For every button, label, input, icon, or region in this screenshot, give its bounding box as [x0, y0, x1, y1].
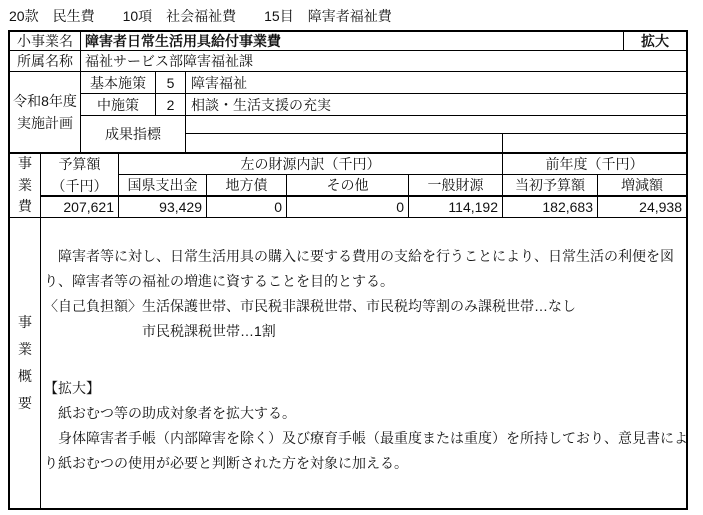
value-local-bonds: 0: [207, 197, 286, 216]
expansion-badge: 拡大: [624, 32, 686, 50]
plan-year-title: 令和8年度 実施計画: [10, 72, 80, 152]
value-budget-amount: 207,621: [41, 197, 118, 216]
column-header-initial-budget: 当初予算額: [503, 175, 597, 195]
value-change: 24,938: [598, 197, 686, 216]
column-header-change: 増減額: [598, 175, 686, 195]
overview-expansion-paragraph: 【拡大】 紙おむつ等の助成対象者を拡大する。 身体障害者手帳（内部障害を除く）及…: [44, 376, 688, 476]
value-other: 0: [287, 197, 408, 216]
basic-policy-name: 障害福祉: [191, 72, 681, 93]
previous-year-header: 前年度（千円）: [503, 154, 686, 174]
small-project-name: 障害者日常生活用具給付事業費: [85, 32, 620, 50]
outcome-indicator-row-2: [186, 134, 502, 152]
overview-text: 障害者等に対し、日常生活用具の購入に要する費用の支給を行うことにより、日常生活の…: [44, 219, 688, 501]
middle-policy-name: 相談・生活支援の充実: [191, 94, 681, 115]
small-project-label: 小事業名: [10, 32, 80, 50]
value-general-funds: 114,192: [409, 197, 502, 216]
value-national-prefectural: 93,429: [119, 197, 206, 216]
table-divider: [10, 217, 686, 218]
department-name: 福祉サービス部障害福祉課: [85, 51, 680, 71]
column-header-general-funds: 一般財源: [409, 175, 502, 195]
outcome-indicator-label: 成果指標: [81, 116, 185, 152]
middle-policy-number: 2: [156, 94, 185, 115]
budget-amount-header: 予算額 （千円）: [41, 154, 118, 195]
basic-policy-number: 5: [156, 72, 185, 93]
budget-document-page: 20款 民生費 10項 社会福祉費 15目 障害者福祉費 小事業名 障害者日常生…: [0, 0, 703, 515]
budget-classification-line: 20款 民生費 10項 社会福祉費 15目 障害者福祉費: [9, 6, 609, 26]
column-header-other: その他: [287, 175, 408, 195]
overview-purpose-paragraph: 障害者等に対し、日常生活用具の購入に要する費用の支給を行うことにより、日常生活の…: [44, 244, 688, 344]
column-header-national-prefectural: 国県支出金: [119, 175, 206, 195]
column-header-local-bonds: 地方債: [207, 175, 286, 195]
value-initial-budget: 182,683: [503, 197, 597, 216]
budget-section-vertical-label: 事 業 費: [10, 154, 40, 217]
department-label: 所属名称: [10, 51, 80, 71]
outcome-indicator-row-1: [186, 116, 686, 133]
funding-breakdown-header: 左の財源内訳（千円）: [119, 154, 502, 174]
overview-section-vertical-label: 事 業 概 要: [10, 218, 40, 508]
basic-policy-label: 基本施策: [81, 72, 155, 93]
middle-policy-label: 中施策: [81, 94, 155, 115]
